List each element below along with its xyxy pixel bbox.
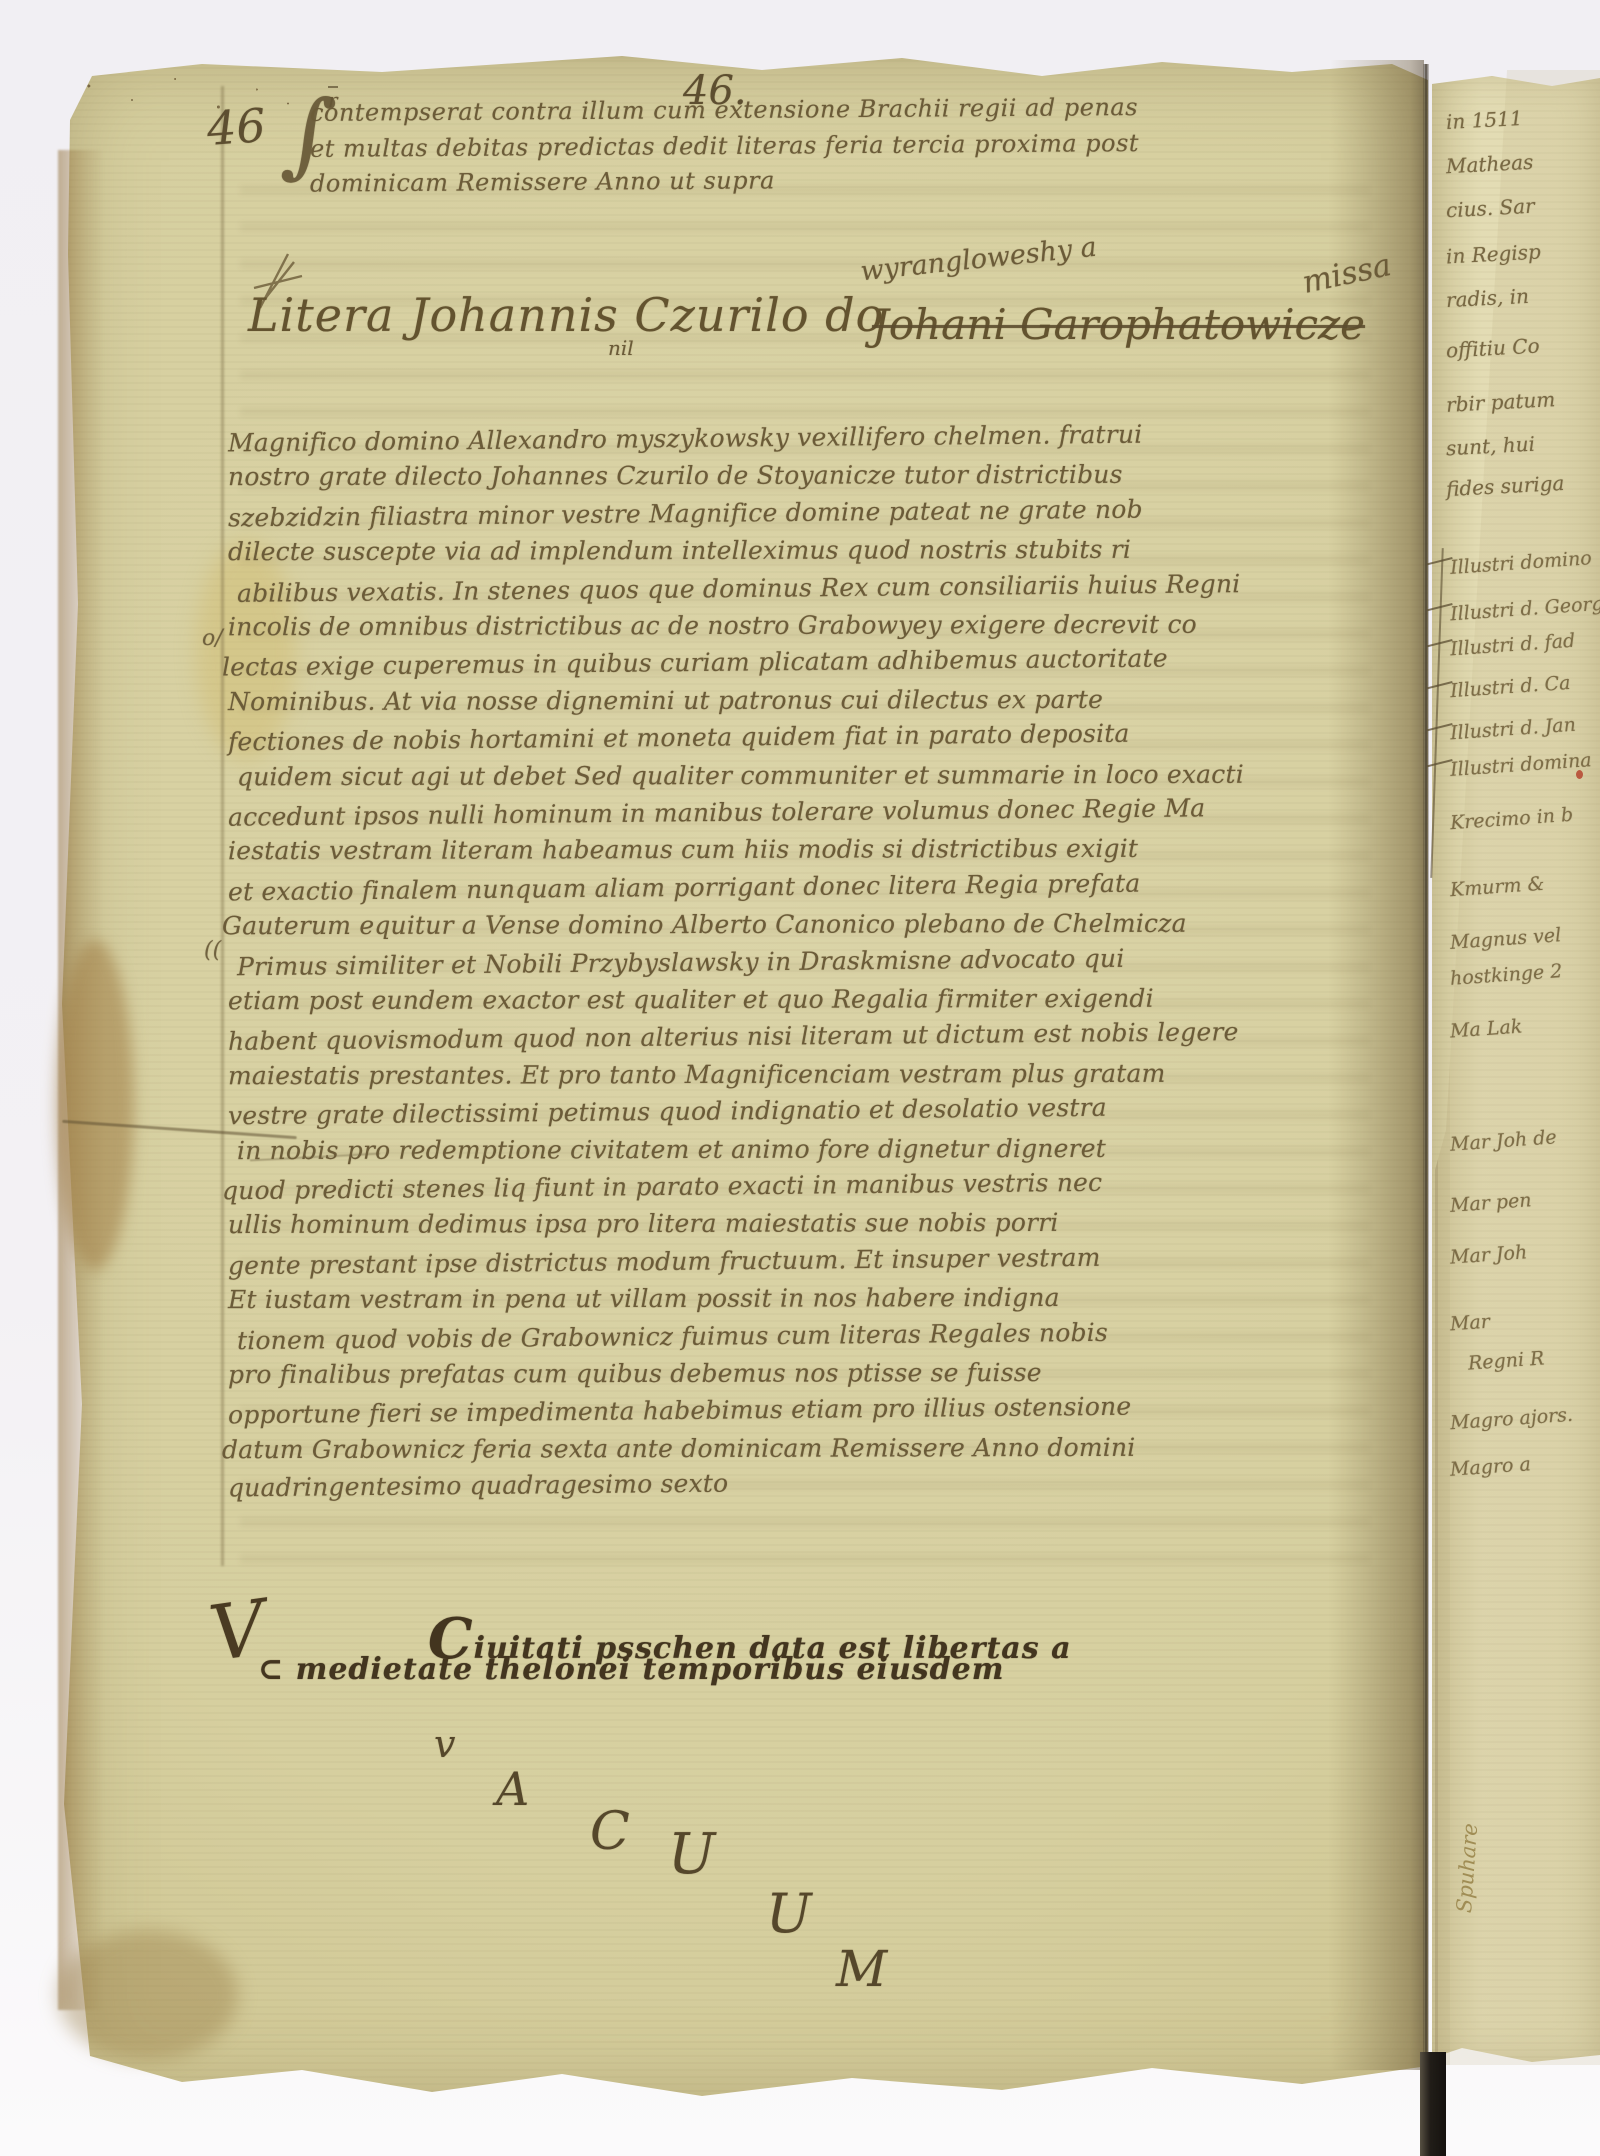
margin-mark: (( xyxy=(204,938,221,963)
next-page-strip xyxy=(1432,70,1600,2065)
folio-number-margin: 46 xyxy=(205,98,267,156)
body-line: Nominibus. At via nosse dignemini ut pat… xyxy=(228,685,1103,716)
body-line: Gauterum equitur a Vense domino Alberto … xyxy=(222,909,1187,941)
margin-mark: o/ xyxy=(202,626,223,651)
scribe-line: contempserat contra illum cum extensione… xyxy=(310,93,1138,127)
heading-subscript: nil xyxy=(608,336,634,360)
next-page-line: offitiu Co xyxy=(1445,334,1540,363)
red-ink-dot xyxy=(1576,770,1583,779)
body-line: pro finalibus prefatas cum quibus debemu… xyxy=(228,1358,1042,1389)
body-line: ullis hominum dedimus ipsa pro litera ma… xyxy=(228,1208,1059,1239)
body-line: etiam post eundem exactor est qualiter e… xyxy=(228,984,1154,1015)
scribe-line: et multas debitas predictas dedit litera… xyxy=(310,129,1139,163)
pen-trial-letter: v xyxy=(434,1722,455,1766)
body-line: dilecte suscepte via ad implendum intell… xyxy=(228,535,1131,566)
body-line: datum Grabownicz feria sexta ante domini… xyxy=(222,1433,1136,1464)
next-page-line: cius. Sar xyxy=(1445,194,1535,223)
body-line: quadringentesimo quadragesimo sexto xyxy=(228,1469,729,1503)
binding-edge-bar xyxy=(1420,2052,1446,2156)
body-line: incolis de omnibus districtibus ac de no… xyxy=(228,610,1197,642)
next-page-line: Mar xyxy=(1449,1311,1490,1336)
binding-gutter-line xyxy=(1423,64,1429,2060)
next-page-line: in 1511 xyxy=(1445,106,1523,134)
entry-heading: Litera Johannis Czurilo do xyxy=(248,288,884,342)
body-line: maiestatis prestantes. Et pro tanto Magn… xyxy=(228,1059,1166,1090)
pen-trial-letter: U xyxy=(766,1882,812,1945)
body-line: iestatis vestram literam habeamus cum hi… xyxy=(228,834,1138,865)
pen-trial-letter: M xyxy=(836,1940,887,1998)
next-page-line: radis, in xyxy=(1445,284,1529,312)
marginal-note-line: ⊂ medietate thelonei temporibus eiusdem xyxy=(258,1652,1004,1687)
body-line: in nobis pro redemptione civitatem et an… xyxy=(237,1133,1106,1164)
next-page-line: sunt, hui xyxy=(1445,432,1535,461)
manuscript-scan: 46 46. r ∫ contempserat contra illum cum… xyxy=(0,0,1600,2156)
next-page-line: in Regisp xyxy=(1445,240,1541,269)
heading-strikethrough: Johani Garophatowicze xyxy=(872,300,1365,349)
body-line: quidem sicut agi ut debet Sed qualiter c… xyxy=(237,759,1244,791)
body-line: Et iustam vestram in pena ut villam poss… xyxy=(228,1283,1060,1314)
pen-trial-letter: C xyxy=(590,1802,630,1862)
pen-trial-letter: A xyxy=(496,1762,529,1816)
scribe-line: dominicam Remissere Anno ut supra xyxy=(310,166,775,197)
next-page-line: Matheas xyxy=(1445,150,1533,179)
pen-trial-letter: U xyxy=(668,1822,715,1887)
body-line: nostro grate dilecto Johannes Czurilo de… xyxy=(228,460,1123,491)
